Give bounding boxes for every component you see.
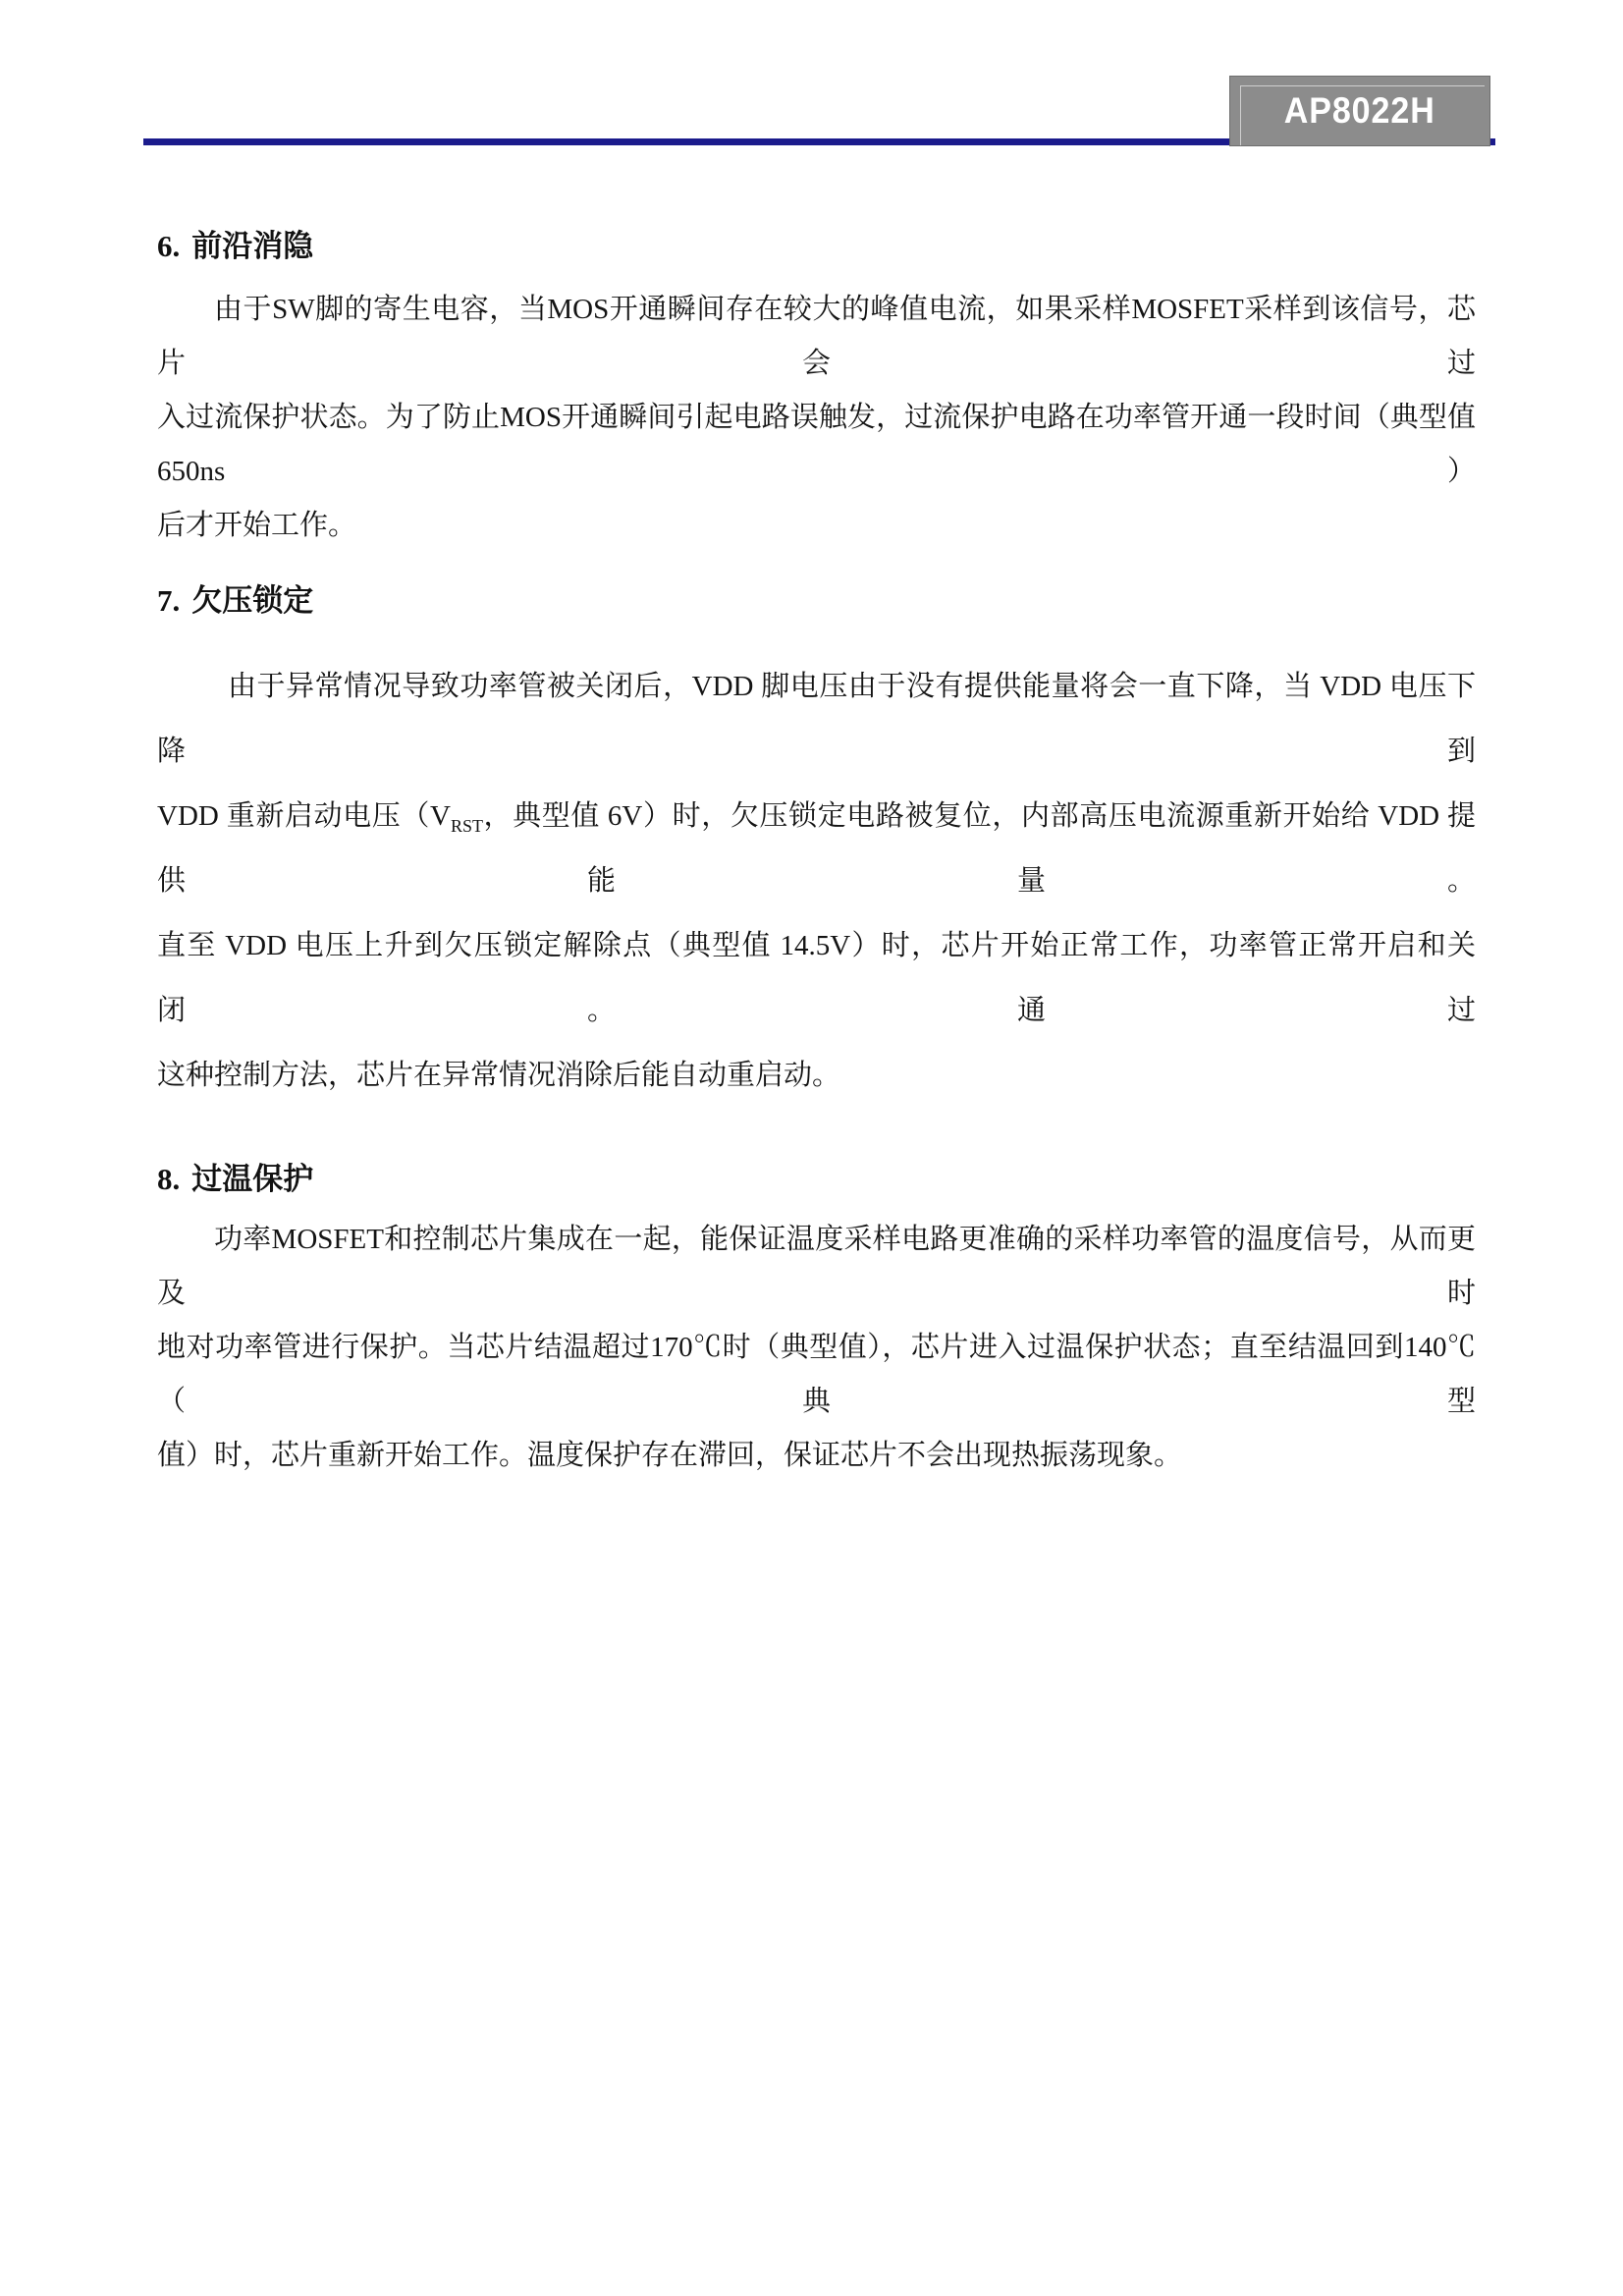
section-number: 8. <box>157 1162 180 1196</box>
paragraph-line: 入过流保护状态。为了防止MOS开通瞬间引起电路误触发，过流保护电路在功率管开通一… <box>157 391 1476 499</box>
paragraph-line: 值）时，芯片重新开始工作。温度保护存在滞回，保证芯片不会出现热振荡现象。 <box>157 1429 1476 1483</box>
section-8: 8.过温保护功率MOSFET和控制芯片集成在一起，能保证温度采样电路更准确的采样… <box>157 1157 1476 1483</box>
section-heading: 6.前沿消隐 <box>157 224 1476 268</box>
chip-name-label: AP8022H <box>1284 90 1435 132</box>
section-paragraph: 由于SW脚的寄生电容，当MOS开通瞬间存在较大的峰值电流，如果采样MOSFET采… <box>157 283 1476 553</box>
section-number: 7. <box>157 583 180 618</box>
section-paragraph: 功率MOSFET和控制芯片集成在一起，能保证温度采样电路更准确的采样功率管的温度… <box>157 1213 1476 1483</box>
paragraph-line: 由于SW脚的寄生电容，当MOS开通瞬间存在较大的峰值电流，如果采样MOSFET采… <box>157 283 1476 391</box>
paragraph-line: VDD 重新启动电压（VRST，典型值 6V）时，欠压锁定电路被复位，内部高压电… <box>157 784 1476 913</box>
paragraph-line: 功率MOSFET和控制芯片集成在一起，能保证温度采样电路更准确的采样功率管的温度… <box>157 1213 1476 1321</box>
chip-name-badge: AP8022H <box>1229 76 1490 146</box>
section-number: 6. <box>157 229 180 263</box>
section-title: 过温保护 <box>191 1162 313 1196</box>
document-body: 6.前沿消隐由于SW脚的寄生电容，当MOS开通瞬间存在较大的峰值电流，如果采样M… <box>0 224 1623 1483</box>
paragraph-line: 后才开始工作。 <box>157 499 1476 553</box>
section-paragraph: 由于异常情况导致功率管被关闭后，VDD 脚电压由于没有提供能量将会一直下降，当 … <box>157 654 1476 1108</box>
section-7: 7.欠压锁定由于异常情况导致功率管被关闭后，VDD 脚电压由于没有提供能量将会一… <box>157 578 1476 1108</box>
paragraph-line: 这种控制方法，芯片在异常情况消除后能自动重启动。 <box>157 1043 1476 1108</box>
paragraph-line: 直至 VDD 电压上升到欠压锁定解除点（典型值 14.5V）时，芯片开始正常工作… <box>157 913 1476 1043</box>
section-heading: 7.欠压锁定 <box>157 578 1476 623</box>
page-header: AP8022H <box>0 0 1623 149</box>
section-title: 前沿消隐 <box>191 229 313 263</box>
section-6: 6.前沿消隐由于SW脚的寄生电容，当MOS开通瞬间存在较大的峰值电流，如果采样M… <box>157 224 1476 553</box>
paragraph-line: 由于异常情况导致功率管被关闭后，VDD 脚电压由于没有提供能量将会一直下降，当 … <box>157 654 1476 784</box>
paragraph-line: 地对功率管进行保护。当芯片结温超过170℃时（典型值），芯片进入过温保护状态；直… <box>157 1321 1476 1429</box>
sections-container: 6.前沿消隐由于SW脚的寄生电容，当MOS开通瞬间存在较大的峰值电流，如果采样M… <box>157 224 1476 1483</box>
section-heading: 8.过温保护 <box>157 1157 1476 1201</box>
document-page: AP8022H 6.前沿消隐由于SW脚的寄生电容，当MOS开通瞬间存在较大的峰值… <box>0 0 1623 2296</box>
section-title: 欠压锁定 <box>191 583 313 618</box>
